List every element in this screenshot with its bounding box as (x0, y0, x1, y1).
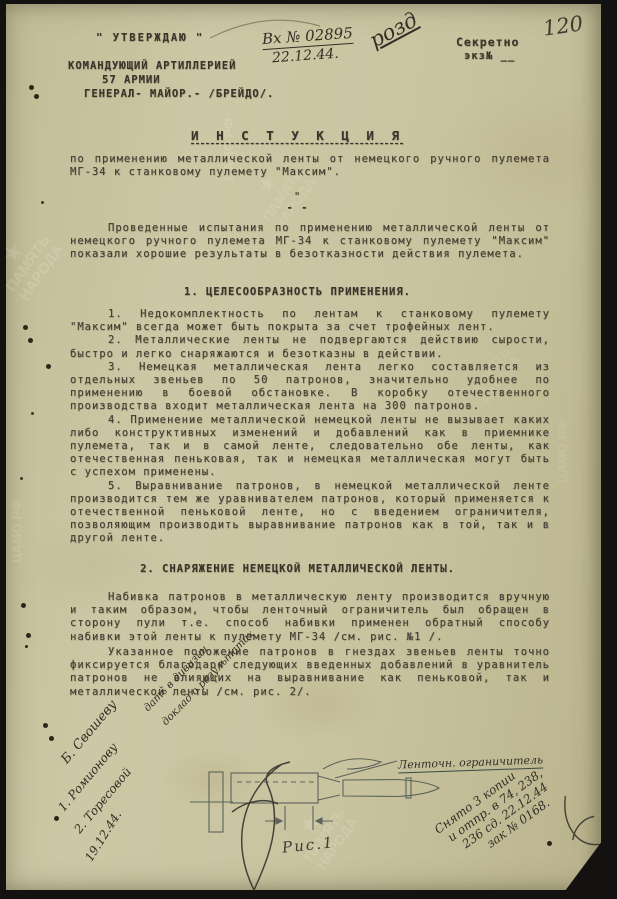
list-item: 5. Выравнивание патронов, в немецкой мет… (70, 480, 550, 546)
document-subtitle: по применению металлической ленты от нем… (70, 153, 550, 179)
section1-list: 1. Недокомплектность по лентам к станков… (70, 308, 550, 546)
approval-stamp-quote: " УТВЕРЖДАЮ " (96, 32, 204, 45)
rank-name-line: ГЕНЕРАЛ- МАЙОР.- /БРЕЙДО/. (84, 88, 274, 101)
section1-heading: 1. ЦЕЛЕСООБРАЗНОСТЬ ПРИМЕНЕНИЯ. (0, 286, 595, 299)
list-item: 1. Недокомплектность по лентам к станков… (70, 308, 550, 334)
copy-number: экз№ __ (464, 50, 515, 63)
army-line: 57 АРМИИ (102, 74, 161, 87)
paper-specks (0, 0, 3, 3)
divider-dashes: - - (0, 202, 595, 215)
section2-paragraph1: Набивка патронов в металлическую ленту п… (70, 591, 550, 644)
document-title: И Н С Т У К Ц И Я (0, 129, 595, 142)
commander-line: КОМАНДУЮЩИЙ АРТИЛЛЕРИЕЙ (68, 60, 236, 73)
list-item: 2. Металлические ленты не подвергаются д… (70, 334, 550, 360)
paper-fiber (205, 8, 325, 48)
intro-paragraph: Проведенные испытания по применению мета… (70, 222, 550, 262)
list-item: 3. Немецкая металлическая лента легко со… (70, 361, 550, 414)
section2-heading: 2. СНАРЯЖЕНИЕ НЕМЕЦКОЙ МЕТАЛЛИЧЕСКОЙ ЛЕН… (0, 563, 595, 576)
secret-stamp: Секретно (456, 36, 519, 49)
list-item: 4. Применение металлической немецкой лен… (70, 414, 550, 480)
section2-paragraph2: Указанное положение патронов в гнездах з… (70, 646, 550, 699)
signature-squiggle (212, 752, 302, 899)
document-scan: ★ ПАМЯТЬ НАРОДА ★ ПАМЯТЬ НАРОДА ★ ПАМЯТЬ… (0, 0, 617, 899)
